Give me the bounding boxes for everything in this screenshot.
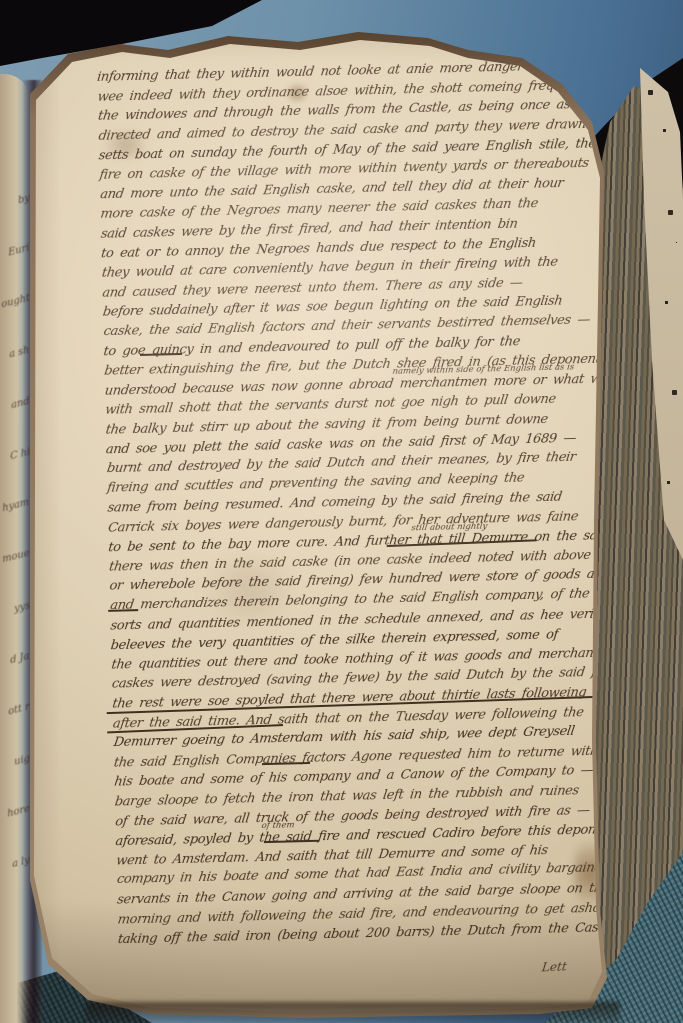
handwritten-text-block: informing that they within would not loo… — [95, 57, 628, 951]
catchword: Lett — [541, 960, 568, 975]
interlinear-insertion: still about nightly — [411, 522, 488, 534]
photograph-of-open-book: byEurioughta shandC hihyammoueyysd Jaott… — [0, 0, 683, 1023]
manuscript-page: 496 informing that they within would not… — [0, 0, 683, 1023]
interlinear-insertion: of them — [261, 820, 295, 831]
page-bottom-shadow — [86, 1002, 620, 1023]
